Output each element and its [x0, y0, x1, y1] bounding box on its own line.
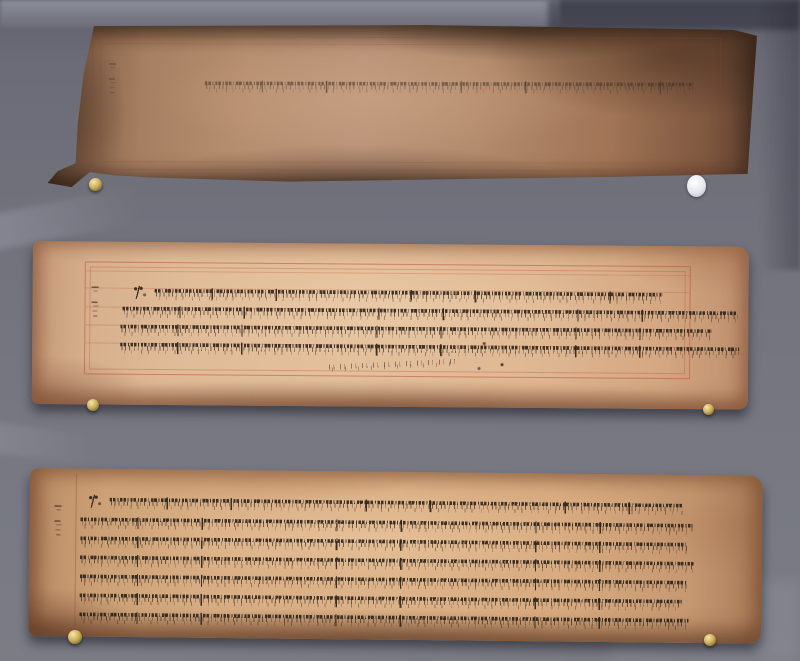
text-line: ས་དེ་ལྟར་ཡོད་ཅིག །རྒོད་ས་པའི་ཐག་ཏུ་ཚོས་ཐ…	[80, 555, 694, 573]
text-line: ཐག་བཅང་རོ། སྤྱོད་པ་རར་ནར་རང་ཀྱོལ་པ་ཐག་བཅ…	[79, 612, 688, 630]
ruled-frame-inner	[100, 43, 713, 164]
margin-fold-line	[74, 474, 77, 626]
manuscript-leaf-top: ཇ ཧྲཱིཿ། ཆོས་སྐྱོང་པའི་རྒྱུད་བོ་མཁྱེན་པའ…	[28, 24, 757, 190]
cloth-shadow-top-right	[548, 0, 800, 30]
text-panel-frame-inner	[89, 266, 686, 374]
manuscript-leaf-middle: ཇ་ ༢ ༄༅༎ ༎ཐམས་ཅད་ཀྱི་དོན་ནམ་པར་གསལ༎ ཧག་ག…	[32, 241, 749, 410]
margin-folio-label: ཇ་ ༣	[53, 504, 65, 552]
photo-canvas: ཇ ཧྲཱིཿ། ཆོས་སྐྱོང་པའི་རྒྱུད་བོ་མཁྱེན་པའ…	[0, 0, 800, 661]
white-sticker-dot	[687, 175, 706, 197]
manuscript-leaf-bottom: ཇ་ ༣ ༄༅། ། ཧ་ལ་དུག་ལྟུང་རྒུམ་དོག་མ་པ་གའོ…	[28, 468, 763, 644]
brass-pin	[89, 178, 102, 191]
text-line: ཡེ་ཤེས་ས་ནར་རོ། སེམས་ཉིད་རོ་ཁྱུར་པ་ཆོས་ག…	[80, 517, 692, 535]
text-line: ། ཧ་ལ་དུག་ལྟུང་རྒུམ་དོག་མ་པ་གའོར་ནར་ཡང་ཅ…	[110, 497, 683, 515]
yig-mgo-head-mark: ༄༅།	[88, 495, 105, 508]
margin-folio-label: ཇ	[108, 62, 119, 98]
cloth-shadow-right	[760, 0, 800, 270]
brass-pin	[703, 404, 714, 415]
text-line: ཧེན་མེར་ལ་ཐག་བཅང་རོ། སེམས་ཀིར་ཁྱོང་གསལ་ར…	[80, 574, 687, 592]
text-line: ར་ངར་ར་ཀྱོལ་བ་ཁུབ་གྱུར་ཉམས་བྱུང་། དེ་ལྟར…	[80, 536, 687, 554]
cloth-crease	[0, 422, 121, 468]
cloth-highlight-top-left	[0, 0, 560, 27]
title-line: ཧྲཱིཿ། ཆོས་སྐྱོང་པའི་རྒྱུད་བོ་མཁྱེན་པའི་…	[205, 80, 693, 93]
text-line: བརྡར་རོ། རིག་བ་རར་ཐར་མར་ཀྱོལ་བ་དུག་བུ་རང…	[80, 593, 682, 611]
brass-pin	[68, 630, 82, 644]
ruled-frame-outer	[92, 36, 721, 172]
brass-pin	[87, 399, 99, 411]
brass-pin	[704, 634, 716, 646]
